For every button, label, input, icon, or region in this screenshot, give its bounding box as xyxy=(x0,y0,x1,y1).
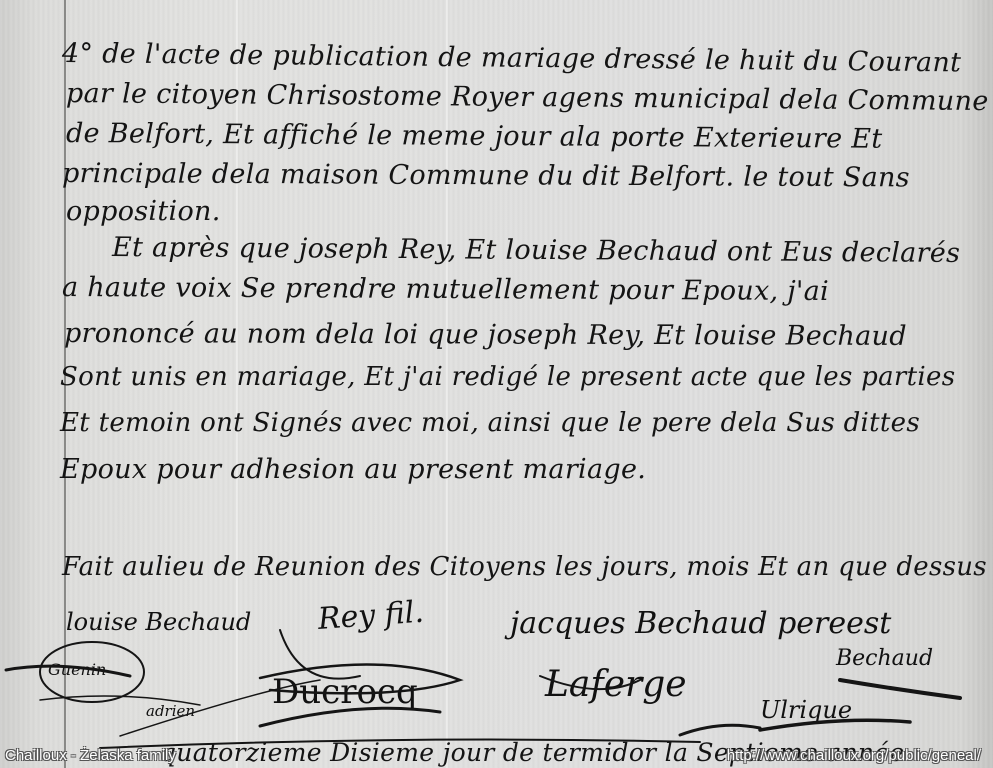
text-line-10: Et temoin ont Signés avec moi, ainsi que… xyxy=(60,408,920,438)
signature-rey-fils: Rey fil. xyxy=(317,595,425,637)
text-line-5: opposition. xyxy=(66,196,221,227)
text-line-9: Sont unis en mariage, Et j'ai redigé le … xyxy=(60,362,955,392)
text-line-4: principale dela maison Commune du dit Be… xyxy=(62,158,910,193)
signature-guenin: Guenin xyxy=(48,660,106,679)
text-line-11: Epoux pour adhesion au present mariage. xyxy=(60,454,646,485)
watermark-url: http://www.chailloux.org/public/geneal/ xyxy=(727,747,981,764)
scanned-manuscript-page: 4° de l'acte de publication de mariage d… xyxy=(0,0,993,768)
watermark-family-name: Chailloux - Żelaska family xyxy=(5,747,176,764)
text-line-12: Fait aulieu de Reunion des Citoyens les … xyxy=(62,552,987,582)
text-line-7: a haute voix Se prendre mutuellement pou… xyxy=(62,272,829,307)
signature-ducrocq: Ducrocq xyxy=(272,672,418,712)
text-line-2: par le citoyen Chrisostome Royer agens m… xyxy=(66,78,989,117)
signature-louise-bechaud: louise Bechaud xyxy=(66,608,251,636)
text-line-1: 4° de l'acte de publication de mariage d… xyxy=(62,38,962,78)
signature-laferge: Laferge xyxy=(545,664,687,705)
signature-adrien: adrien xyxy=(146,702,195,720)
signature-ulrique: Ulrique xyxy=(760,696,852,724)
signature-bechaud: Bechaud xyxy=(836,646,933,671)
text-line-3: de Belfort, Et affiché le meme jour ala … xyxy=(66,118,883,155)
text-line-6: Et après que joseph Rey, Et louise Becha… xyxy=(112,232,960,269)
text-line-8: prononcé au nom dela loi que joseph Rey,… xyxy=(64,318,907,352)
signature-jacques-bechaud: jacques Bechaud pereest xyxy=(510,606,891,641)
